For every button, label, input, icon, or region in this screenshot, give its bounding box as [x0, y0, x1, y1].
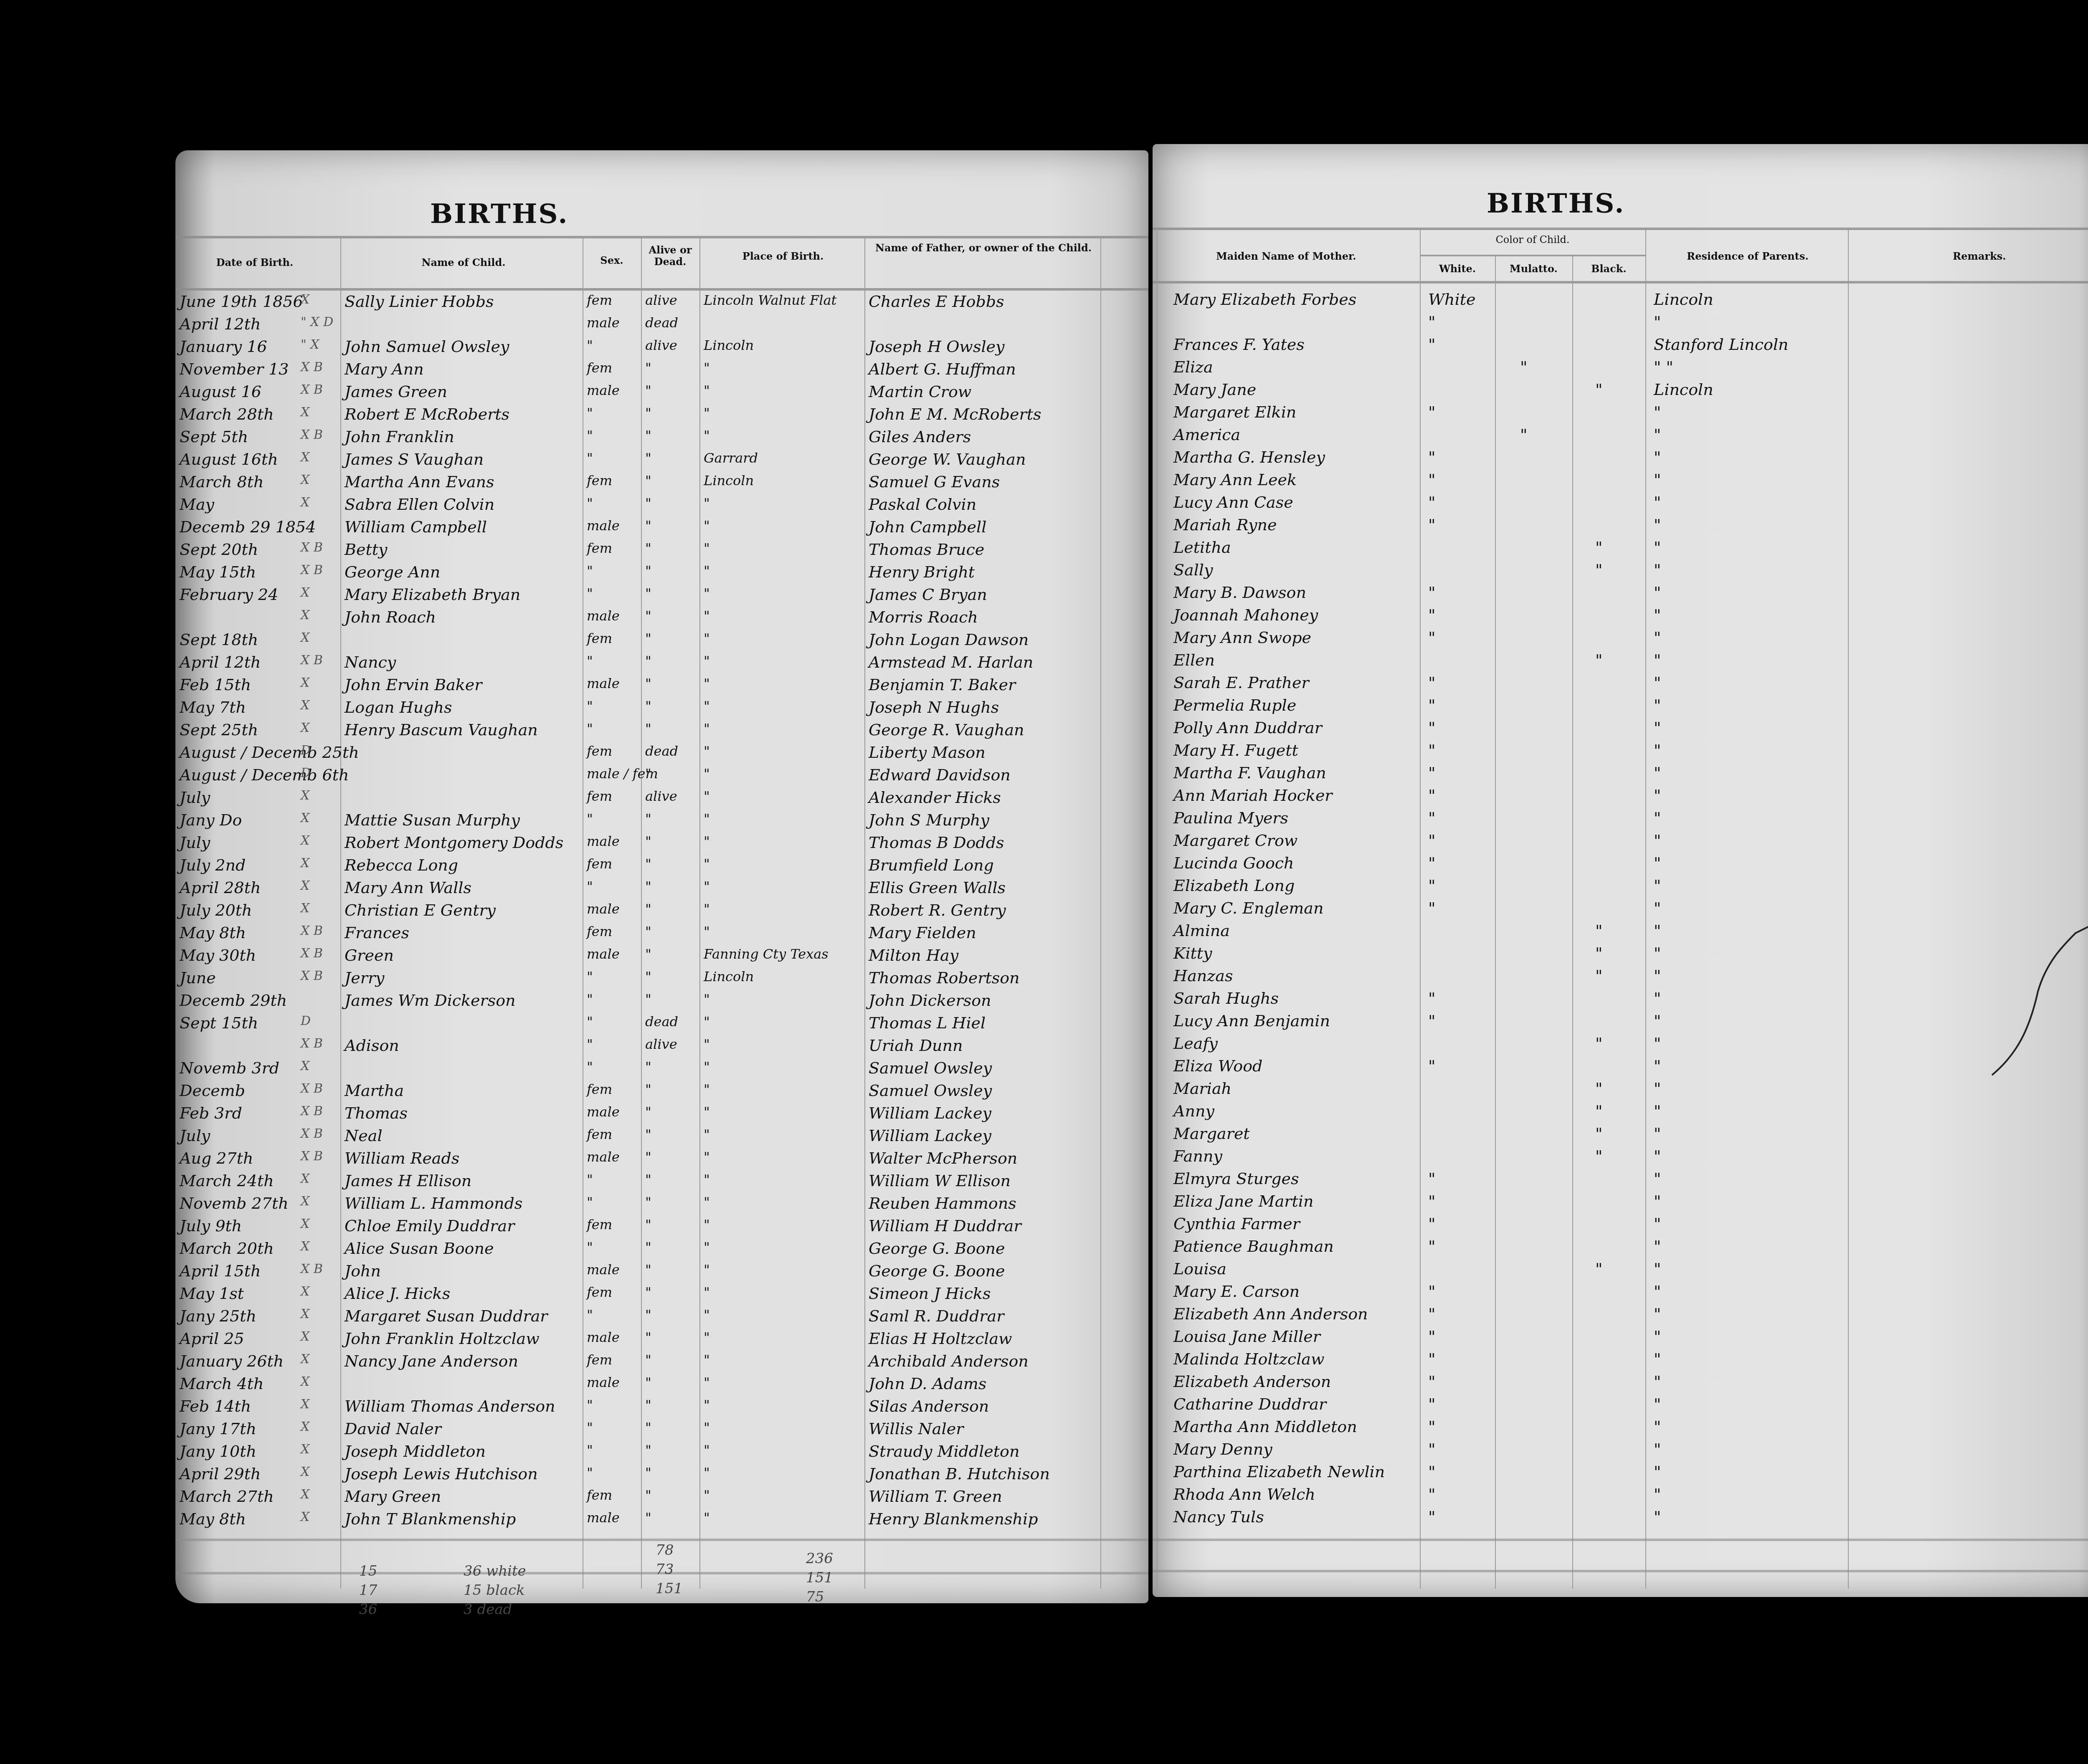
father-name: Henry Blankmenship	[869, 1510, 1038, 1528]
color-white: "	[1428, 1350, 1435, 1368]
record-mark: X B	[301, 1036, 323, 1051]
place-of-birth: "	[704, 788, 710, 804]
residence-of-parents: "	[1654, 1237, 1661, 1255]
record-mark: D	[301, 1014, 311, 1028]
place-of-birth: "	[704, 878, 710, 894]
alive-or-dead: "	[645, 1487, 651, 1503]
place-of-birth: "	[704, 1397, 710, 1413]
table-row: Decemb 29thJames Wm Dickerson"""John Dic…	[175, 991, 1148, 1014]
header-white: White.	[1422, 263, 1493, 275]
child-name: James S Vaughan	[345, 450, 484, 468]
table-row: Cynthia Farmer""	[1153, 1215, 2088, 1237]
table-row: XJohn Roachmale""Morris Roach	[175, 608, 1148, 630]
mother-maiden-name: Malinda Holtzclaw	[1173, 1350, 1324, 1368]
place-of-birth: "	[704, 1217, 710, 1233]
table-row: April 25XJohn Franklin Holtzclawmale""El…	[175, 1329, 1148, 1352]
color-black: "	[1595, 1034, 1602, 1053]
father-name: Thomas Bruce	[869, 540, 984, 559]
table-row: July 9thXChloe Emily Duddrarfem""William…	[175, 1217, 1148, 1239]
color-black: "	[1595, 1102, 1602, 1120]
residence-of-parents: "	[1654, 831, 1661, 850]
sex: male	[587, 382, 620, 398]
color-white: "	[1428, 1372, 1435, 1391]
residence-of-parents: "	[1654, 921, 1661, 940]
color-white: "	[1428, 1012, 1435, 1030]
header-top-rule	[175, 236, 1148, 238]
table-row: Elizabeth Long""	[1153, 876, 2088, 899]
alive-or-dead: "	[645, 1172, 651, 1187]
color-white: "	[1428, 696, 1435, 714]
sex: "	[587, 1307, 593, 1323]
mother-maiden-name: Joannah Mahoney	[1173, 606, 1318, 624]
residence-of-parents: "	[1654, 1169, 1661, 1188]
place-of-birth: "	[704, 1239, 710, 1255]
date-of-birth: April 28th	[180, 878, 261, 897]
table-row: February 24XMary Elizabeth Bryan"""James…	[175, 585, 1148, 608]
alive-or-dead: "	[645, 1420, 651, 1435]
table-row: Polly Ann Duddrar""	[1153, 719, 2088, 741]
alive-or-dead: "	[645, 1217, 651, 1233]
sex: fem	[587, 540, 612, 556]
father-name: Reuben Hammons	[869, 1194, 1016, 1212]
header-maiden-name-of-mother: Maiden Name of Mother.	[1178, 251, 1395, 262]
table-row: Mary B. Dawson""	[1153, 583, 2088, 606]
sex: "	[587, 1420, 593, 1435]
table-row: May 8thX BFrancesfem""Mary Fielden	[175, 924, 1148, 946]
sex: male	[587, 833, 620, 849]
alive-or-dead: "	[645, 585, 651, 601]
place-of-birth: Lincoln	[704, 473, 754, 488]
table-row: June 19th 1856XSally Linier Hobbsfemaliv…	[175, 292, 1148, 315]
record-mark: X	[301, 1487, 309, 1502]
mother-maiden-name: Anny	[1173, 1102, 1214, 1120]
header-black: Black.	[1574, 263, 1643, 275]
father-name: Jonathan B. Hutchison	[869, 1465, 1050, 1483]
residence-of-parents: "	[1654, 809, 1661, 827]
table-row: March 28thXRobert E McRoberts"""John E M…	[175, 405, 1148, 428]
residence-of-parents: Lincoln	[1654, 290, 1713, 309]
alive-or-dead: "	[645, 721, 651, 736]
color-white: "	[1428, 516, 1435, 534]
color-white: "	[1428, 1508, 1435, 1526]
color-white: "	[1428, 583, 1435, 602]
mother-maiden-name: Eliza Jane Martin	[1173, 1192, 1313, 1210]
child-name: Nancy Jane Anderson	[345, 1352, 518, 1370]
date-of-birth: Sept 25th	[180, 721, 258, 739]
father-name: Milton Hay	[869, 946, 958, 964]
residence-of-parents: "	[1654, 764, 1661, 782]
mother-maiden-name: Letitha	[1173, 538, 1231, 557]
color-group-rule	[1420, 255, 1645, 256]
date-of-birth: Sept 5th	[180, 428, 248, 446]
record-mark: D	[301, 743, 311, 758]
table-row: March 24thXJames H Ellison"""William W E…	[175, 1172, 1148, 1194]
record-mark: X	[301, 1465, 309, 1479]
table-row: April 29thXJoseph Lewis Hutchison"""Jona…	[175, 1465, 1148, 1487]
place-of-birth: "	[704, 1262, 710, 1278]
color-white: "	[1428, 1192, 1435, 1210]
father-name: Ellis Green Walls	[869, 878, 1006, 897]
residence-of-parents: "	[1654, 696, 1661, 714]
child-name: Betty	[345, 540, 387, 559]
date-of-birth: Feb 14th	[180, 1397, 251, 1415]
mother-maiden-name: Mary C. Engleman	[1173, 899, 1324, 917]
child-name: Martha Ann Evans	[345, 473, 494, 491]
father-name: Willis Naler	[869, 1420, 963, 1438]
date-of-birth: July 2nd	[180, 856, 246, 874]
sex: "	[587, 721, 593, 736]
date-of-birth: July 20th	[180, 901, 252, 919]
table-row: Elizabeth Ann Anderson""	[1153, 1305, 2088, 1327]
date-of-birth: Novemb 27th	[180, 1194, 289, 1212]
sex: male	[587, 518, 620, 534]
record-mark: X	[301, 1239, 309, 1254]
mother-maiden-name: Louisa	[1173, 1260, 1226, 1278]
record-mark: X	[301, 405, 309, 420]
residence-of-parents: "	[1654, 1350, 1661, 1368]
date-of-birth: Novemb 3rd	[180, 1059, 279, 1077]
tally-column-3: 78 73 151	[656, 1541, 683, 1598]
alive-or-dead: "	[645, 1239, 651, 1255]
residence-of-parents: "	[1654, 989, 1661, 1007]
table-row: Catharine Duddrar""	[1153, 1395, 2088, 1417]
alive-or-dead: "	[645, 540, 651, 556]
date-of-birth: June 19th 1856	[180, 292, 303, 311]
child-name: Jerry	[345, 969, 385, 987]
place-of-birth: "	[704, 1510, 710, 1526]
table-row: April 28thXMary Ann Walls"""Ellis Green …	[175, 878, 1148, 901]
color-white: "	[1428, 989, 1435, 1007]
child-name: Adison	[345, 1036, 399, 1055]
header-residence-of-parents: Residence of Parents.	[1650, 251, 1846, 262]
table-row: Letitha""	[1153, 538, 2088, 561]
table-row: Jany 17thXDavid Naler"""Willis Naler	[175, 1420, 1148, 1442]
table-row: Novemb 3rdX"""Samuel Owsley	[175, 1059, 1148, 1081]
alive-or-dead: "	[645, 382, 651, 398]
table-row: Frances F. Yates"Stanford Lincoln	[1153, 335, 2088, 358]
place-of-birth: "	[704, 563, 710, 579]
date-of-birth: Feb 3rd	[180, 1104, 242, 1122]
header-bottom-rule	[175, 288, 1148, 291]
mother-maiden-name: Mary H. Fugett	[1173, 741, 1298, 759]
table-row: Martha F. Vaughan""	[1153, 764, 2088, 786]
alive-or-dead: "	[645, 473, 651, 488]
alive-or-dead: "	[645, 1059, 651, 1075]
color-white: "	[1428, 876, 1435, 895]
alive-or-dead: "	[645, 811, 651, 827]
place-of-birth: "	[704, 856, 710, 872]
mother-maiden-name: Almina	[1173, 921, 1230, 940]
record-mark: X	[301, 450, 309, 465]
sex: fem	[587, 1126, 612, 1142]
place-of-birth: "	[704, 766, 710, 782]
alive-or-dead: "	[645, 450, 651, 466]
sex: "	[587, 653, 593, 669]
place-of-birth: "	[704, 1149, 710, 1165]
place-of-birth: "	[704, 653, 710, 669]
residence-of-parents: "	[1654, 1372, 1661, 1391]
record-mark: X B	[301, 924, 323, 938]
date-of-birth: May 30th	[180, 946, 256, 964]
color-white: "	[1428, 403, 1435, 421]
father-name: Thomas B Dodds	[869, 833, 1004, 852]
sex: male	[587, 1104, 620, 1120]
record-mark: X B	[301, 1149, 323, 1164]
father-name: Henry Bright	[869, 563, 975, 581]
table-row: Permelia Ruple""	[1153, 696, 2088, 719]
father-name: Uriah Dunn	[869, 1036, 963, 1055]
place-of-birth: Lincoln	[704, 337, 754, 353]
child-name: William L. Hammonds	[345, 1194, 522, 1212]
header-bottom-rule	[1153, 281, 2088, 283]
alive-or-dead: "	[645, 1374, 651, 1390]
alive-or-dead: "	[645, 1081, 651, 1097]
alive-or-dead: "	[645, 969, 651, 984]
record-mark: X	[301, 1442, 309, 1457]
table-row: ""	[1153, 313, 2088, 335]
table-row: Jany 25thXMargaret Susan Duddrar"""Saml …	[175, 1307, 1148, 1329]
header-name-of-father: Name of Father, or owner of the Child.	[869, 242, 1098, 254]
alive-or-dead: "	[645, 630, 651, 646]
date-of-birth: August 16	[180, 382, 261, 401]
date-of-birth: August 16th	[180, 450, 278, 468]
alive-or-dead: "	[645, 653, 651, 669]
alive-or-dead: alive	[645, 1036, 677, 1052]
mother-maiden-name: Lucy Ann Case	[1173, 493, 1293, 511]
date-of-birth: January 16	[180, 337, 267, 356]
header-mulatto: Mulatto.	[1497, 263, 1570, 275]
color-white: "	[1428, 335, 1435, 354]
mother-maiden-name: Sarah Hughs	[1173, 989, 1279, 1007]
alive-or-dead: "	[645, 1307, 651, 1323]
record-mark: X B	[301, 653, 323, 668]
record-mark: X	[301, 608, 309, 623]
table-row: May 30thX BGreenmale"Fanning Cty TexasMi…	[175, 946, 1148, 969]
table-row: Mary Ann Swope""	[1153, 628, 2088, 651]
place-of-birth: "	[704, 1081, 710, 1097]
father-name: John S Murphy	[869, 811, 989, 829]
alive-or-dead: "	[645, 1442, 651, 1458]
father-name: Alexander Hicks	[869, 788, 1001, 807]
table-row: Margaret""	[1153, 1124, 2088, 1147]
date-of-birth: July 9th	[180, 1217, 242, 1235]
color-white: "	[1428, 1169, 1435, 1188]
date-of-birth: Jany 17th	[180, 1420, 256, 1438]
mother-maiden-name: Fanny	[1173, 1147, 1222, 1165]
alive-or-dead: "	[645, 991, 651, 1007]
place-of-birth: "	[704, 1487, 710, 1503]
table-row: Louisa Jane Miller""	[1153, 1327, 2088, 1350]
father-name: Armstead M. Harlan	[869, 653, 1033, 671]
record-mark: X B	[301, 946, 323, 961]
date-of-birth: May 8th	[180, 924, 246, 942]
alive-or-dead: "	[645, 1465, 651, 1481]
date-of-birth: Sept 15th	[180, 1014, 258, 1032]
father-name: William Lackey	[869, 1126, 991, 1145]
place-of-birth: "	[704, 1104, 710, 1120]
mother-maiden-name: Mary Ann Leek	[1173, 471, 1297, 489]
sex: fem	[587, 292, 612, 308]
date-of-birth: May 7th	[180, 698, 246, 716]
residence-of-parents: "	[1654, 719, 1661, 737]
mother-maiden-name: Mary B. Dawson	[1173, 583, 1306, 602]
alive-or-dead: "	[645, 1262, 651, 1278]
color-white: "	[1428, 1057, 1435, 1075]
mother-maiden-name: Eliza	[1173, 358, 1213, 376]
left-page-title: BIRTHS.	[430, 198, 568, 230]
sex: "	[587, 1172, 593, 1187]
mother-maiden-name: Margaret Crow	[1173, 831, 1297, 850]
residence-of-parents: "	[1654, 561, 1661, 579]
place-of-birth: "	[704, 1194, 710, 1210]
child-name: Martha	[345, 1081, 404, 1100]
table-row: July 20thXChristian E Gentrymale""Robert…	[175, 901, 1148, 924]
table-row: Fanny""	[1153, 1147, 2088, 1169]
alive-or-dead: "	[645, 1329, 651, 1345]
father-name: Liberty Mason	[869, 743, 986, 762]
color-black: "	[1595, 1079, 1602, 1098]
mother-maiden-name: Mary E. Carson	[1173, 1282, 1300, 1301]
color-black: "	[1595, 538, 1602, 557]
child-name: Mary Ann Walls	[345, 878, 471, 897]
record-mark: X	[301, 1374, 309, 1389]
child-name: Robert E McRoberts	[345, 405, 509, 423]
mother-maiden-name: Cynthia Farmer	[1173, 1215, 1300, 1233]
table-row: JulyX BNealfem""William Lackey	[175, 1126, 1148, 1149]
mother-maiden-name: Eliza Wood	[1173, 1057, 1262, 1075]
alive-or-dead: alive	[645, 337, 677, 353]
table-row: Feb 3rdX BThomasmale""William Lackey	[175, 1104, 1148, 1126]
record-mark: X B	[301, 382, 323, 397]
sex: "	[587, 878, 593, 894]
sex: fem	[587, 856, 612, 872]
record-mark: X	[301, 1397, 309, 1412]
date-of-birth: Feb 15th	[180, 676, 251, 694]
place-of-birth: "	[704, 1374, 710, 1390]
table-row: Mary Denny""	[1153, 1440, 2088, 1463]
table-row: JuneX BJerry""LincolnThomas Robertson	[175, 969, 1148, 991]
table-row: Mary Ann Leek""	[1153, 471, 2088, 493]
father-name: Saml R. Duddrar	[869, 1307, 1004, 1325]
residence-of-parents: "	[1654, 1305, 1661, 1323]
table-row: America""	[1153, 425, 2088, 448]
mother-maiden-name: Martha Ann Middleton	[1173, 1417, 1357, 1436]
table-row: Martha Ann Middleton""	[1153, 1417, 2088, 1440]
header-sex: Sex.	[587, 255, 637, 266]
mother-maiden-name: Martha G. Hensley	[1173, 448, 1325, 466]
color-black: "	[1595, 967, 1602, 985]
mother-maiden-name: Mariah Ryne	[1173, 516, 1277, 534]
record-mark: X B	[301, 1081, 323, 1096]
residence-of-parents: "	[1654, 1079, 1661, 1098]
color-mulatto: "	[1520, 425, 1527, 444]
child-name: John Roach	[345, 608, 436, 626]
place-of-birth: "	[704, 495, 710, 511]
color-white: "	[1428, 741, 1435, 759]
alive-or-dead: "	[645, 901, 651, 917]
sex: "	[587, 969, 593, 984]
residence-of-parents: "	[1654, 313, 1661, 331]
child-name: Margaret Susan Duddrar	[345, 1307, 548, 1325]
alive-or-dead: alive	[645, 788, 677, 804]
alive-or-dead: "	[645, 676, 651, 691]
table-row: January 26thXNancy Jane Andersonfem""Arc…	[175, 1352, 1148, 1374]
father-name: Joseph N Hughs	[869, 698, 999, 716]
mother-maiden-name: Ellen	[1173, 651, 1215, 669]
alive-or-dead: "	[645, 878, 651, 894]
mother-maiden-name: Elizabeth Anderson	[1173, 1372, 1331, 1391]
place-of-birth: "	[704, 1465, 710, 1481]
record-mark: X	[301, 1059, 309, 1073]
residence-of-parents: "	[1654, 628, 1661, 647]
sex: male	[587, 1329, 620, 1345]
sex: fem	[587, 473, 612, 488]
alive-or-dead: "	[645, 1397, 651, 1413]
color-white: "	[1428, 493, 1435, 511]
mother-maiden-name: Elizabeth Long	[1173, 876, 1295, 895]
mother-maiden-name: Leafy	[1173, 1034, 1218, 1053]
color-white: "	[1428, 1282, 1435, 1301]
alive-or-dead: "	[645, 1104, 651, 1120]
residence-of-parents: "	[1654, 1102, 1661, 1120]
sex: fem	[587, 1081, 612, 1097]
color-white: "	[1428, 786, 1435, 805]
record-mark: X	[301, 585, 309, 600]
table-row: August / Decemb 6thDmale / fem""Edward D…	[175, 766, 1148, 788]
table-row: Sept 18thXfem""John Logan Dawson	[175, 630, 1148, 653]
table-row: Feb 15thXJohn Ervin Bakermale""Benjamin …	[175, 676, 1148, 698]
sex: "	[587, 1036, 593, 1052]
residence-of-parents: "	[1654, 493, 1661, 511]
father-name: Archibald Anderson	[869, 1352, 1029, 1370]
father-name: Walter McPherson	[869, 1149, 1017, 1167]
record-mark: X B	[301, 969, 323, 983]
table-row: March 8thXMartha Ann Evansfem"LincolnSam…	[175, 473, 1148, 495]
place-of-birth: "	[704, 630, 710, 646]
table-row: Lucy Ann Case""	[1153, 493, 2088, 516]
table-row: Eliza Wood""	[1153, 1057, 2088, 1079]
mother-maiden-name: Mary Denny	[1173, 1440, 1272, 1458]
father-name: Albert G. Huffman	[869, 360, 1016, 378]
child-name: John	[345, 1262, 381, 1280]
table-row: JulyXRobert Montgomery Doddsmale""Thomas…	[175, 833, 1148, 856]
table-row: May 1stXAlice J. Hicksfem""Simeon J Hick…	[175, 1284, 1148, 1307]
alive-or-dead: "	[645, 518, 651, 534]
mother-maiden-name: Elmyra Sturges	[1173, 1169, 1299, 1188]
sex: fem	[587, 630, 612, 646]
place-of-birth: "	[704, 540, 710, 556]
residence-of-parents: "	[1654, 1327, 1661, 1346]
child-name: Mary Ann	[345, 360, 424, 378]
table-row: Rhoda Ann Welch""	[1153, 1485, 2088, 1508]
date-of-birth: Jany 10th	[180, 1442, 256, 1460]
table-row: Mariah Ryne""	[1153, 516, 2088, 538]
place-of-birth: "	[704, 924, 710, 939]
residence-of-parents: "	[1654, 403, 1661, 421]
mother-maiden-name: Mary Jane	[1173, 380, 1256, 399]
record-mark: X	[301, 901, 309, 916]
header-remarks: Remarks.	[1854, 251, 2088, 262]
sex: "	[587, 428, 593, 443]
mother-maiden-name: Mary Ann Swope	[1173, 628, 1311, 647]
sex: "	[587, 563, 593, 579]
record-mark: X	[301, 1172, 309, 1186]
alive-or-dead: "	[645, 924, 651, 939]
record-mark: X B	[301, 1262, 323, 1276]
child-name: Mary Green	[345, 1487, 441, 1506]
mother-maiden-name: Parthina Elizabeth Newlin	[1173, 1463, 1385, 1481]
table-row: Almina""	[1153, 921, 2088, 944]
